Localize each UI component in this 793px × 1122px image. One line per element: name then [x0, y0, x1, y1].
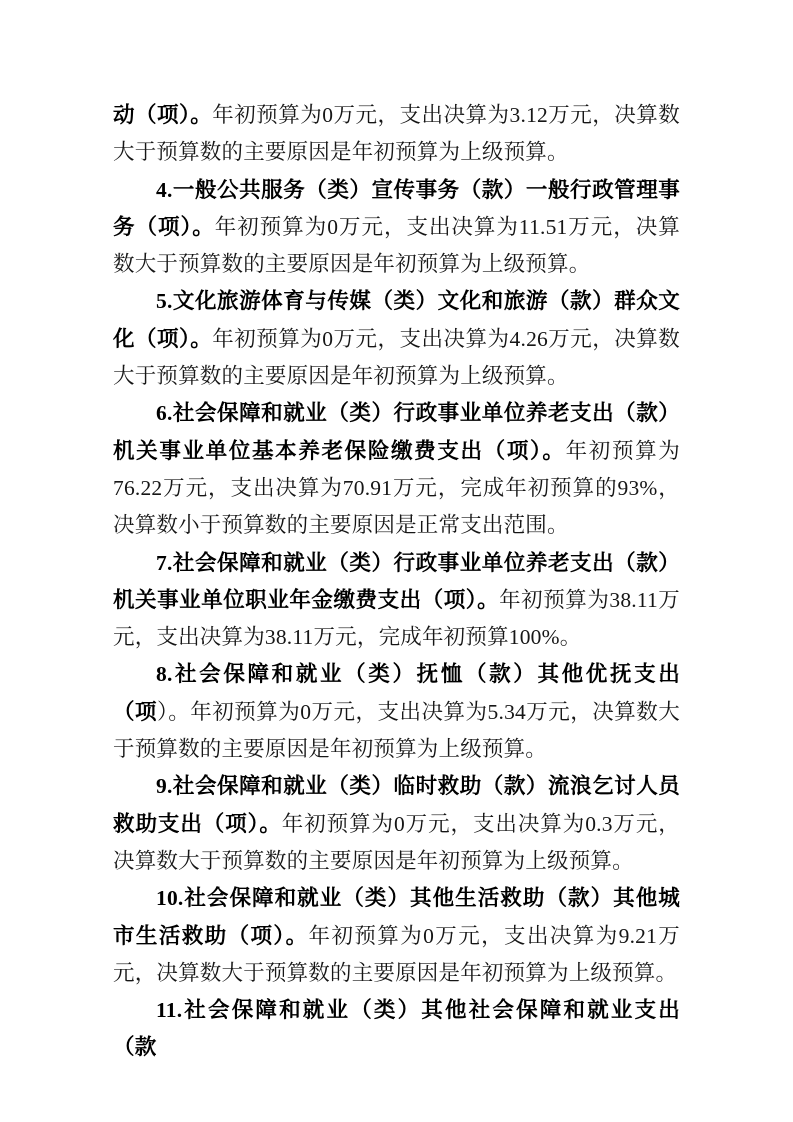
heading-run: 动（项）。 [113, 103, 212, 127]
paragraph: 11.社会保障和就业（类）其他社会保障和就业支出（款 [113, 992, 680, 1067]
document-text-block: 动（项）。年初预算为0万元，支出决算为3.12万元，决算数大于预算数的主要原因是… [113, 97, 680, 1067]
paragraph: 动（项）。年初预算为0万元，支出决算为3.12万元，决算数大于预算数的主要原因是… [113, 97, 680, 172]
body-run: ）。年初预算为0万元，支出决算为5.34万元，决算数大于预算数的主要原因是年初预… [113, 700, 680, 761]
paragraph: 6.社会保障和就业（类）行政事业单位养老支出（款）机关事业单位基本养老保险缴费支… [113, 395, 680, 544]
document-page: 动（项）。年初预算为0万元，支出决算为3.12万元，决算数大于预算数的主要原因是… [0, 0, 793, 1122]
paragraph: 9.社会保障和就业（类）临时救助（款）流浪乞讨人员救助支出（项）。年初预算为0万… [113, 768, 680, 880]
paragraph: 8.社会保障和就业（类）抚恤（款）其他优抚支出（项）。年初预算为0万元，支出决算… [113, 656, 680, 768]
heading-run: 11.社会保障和就业（类）其他社会保障和就业支出（款 [113, 998, 680, 1059]
paragraph: 4.一般公共服务（类）宣传事务（款）一般行政管理事务（项）。年初预算为0万元，支… [113, 172, 680, 284]
paragraph: 5.文化旅游体育与传媒（类）文化和旅游（款）群众文化（项）。年初预算为0万元，支… [113, 283, 680, 395]
paragraph: 10.社会保障和就业（类）其他生活救助（款）其他城市生活救助（项）。年初预算为0… [113, 880, 680, 992]
paragraph: 7.社会保障和就业（类）行政事业单位养老支出（款）机关事业单位职业年金缴费支出（… [113, 545, 680, 657]
